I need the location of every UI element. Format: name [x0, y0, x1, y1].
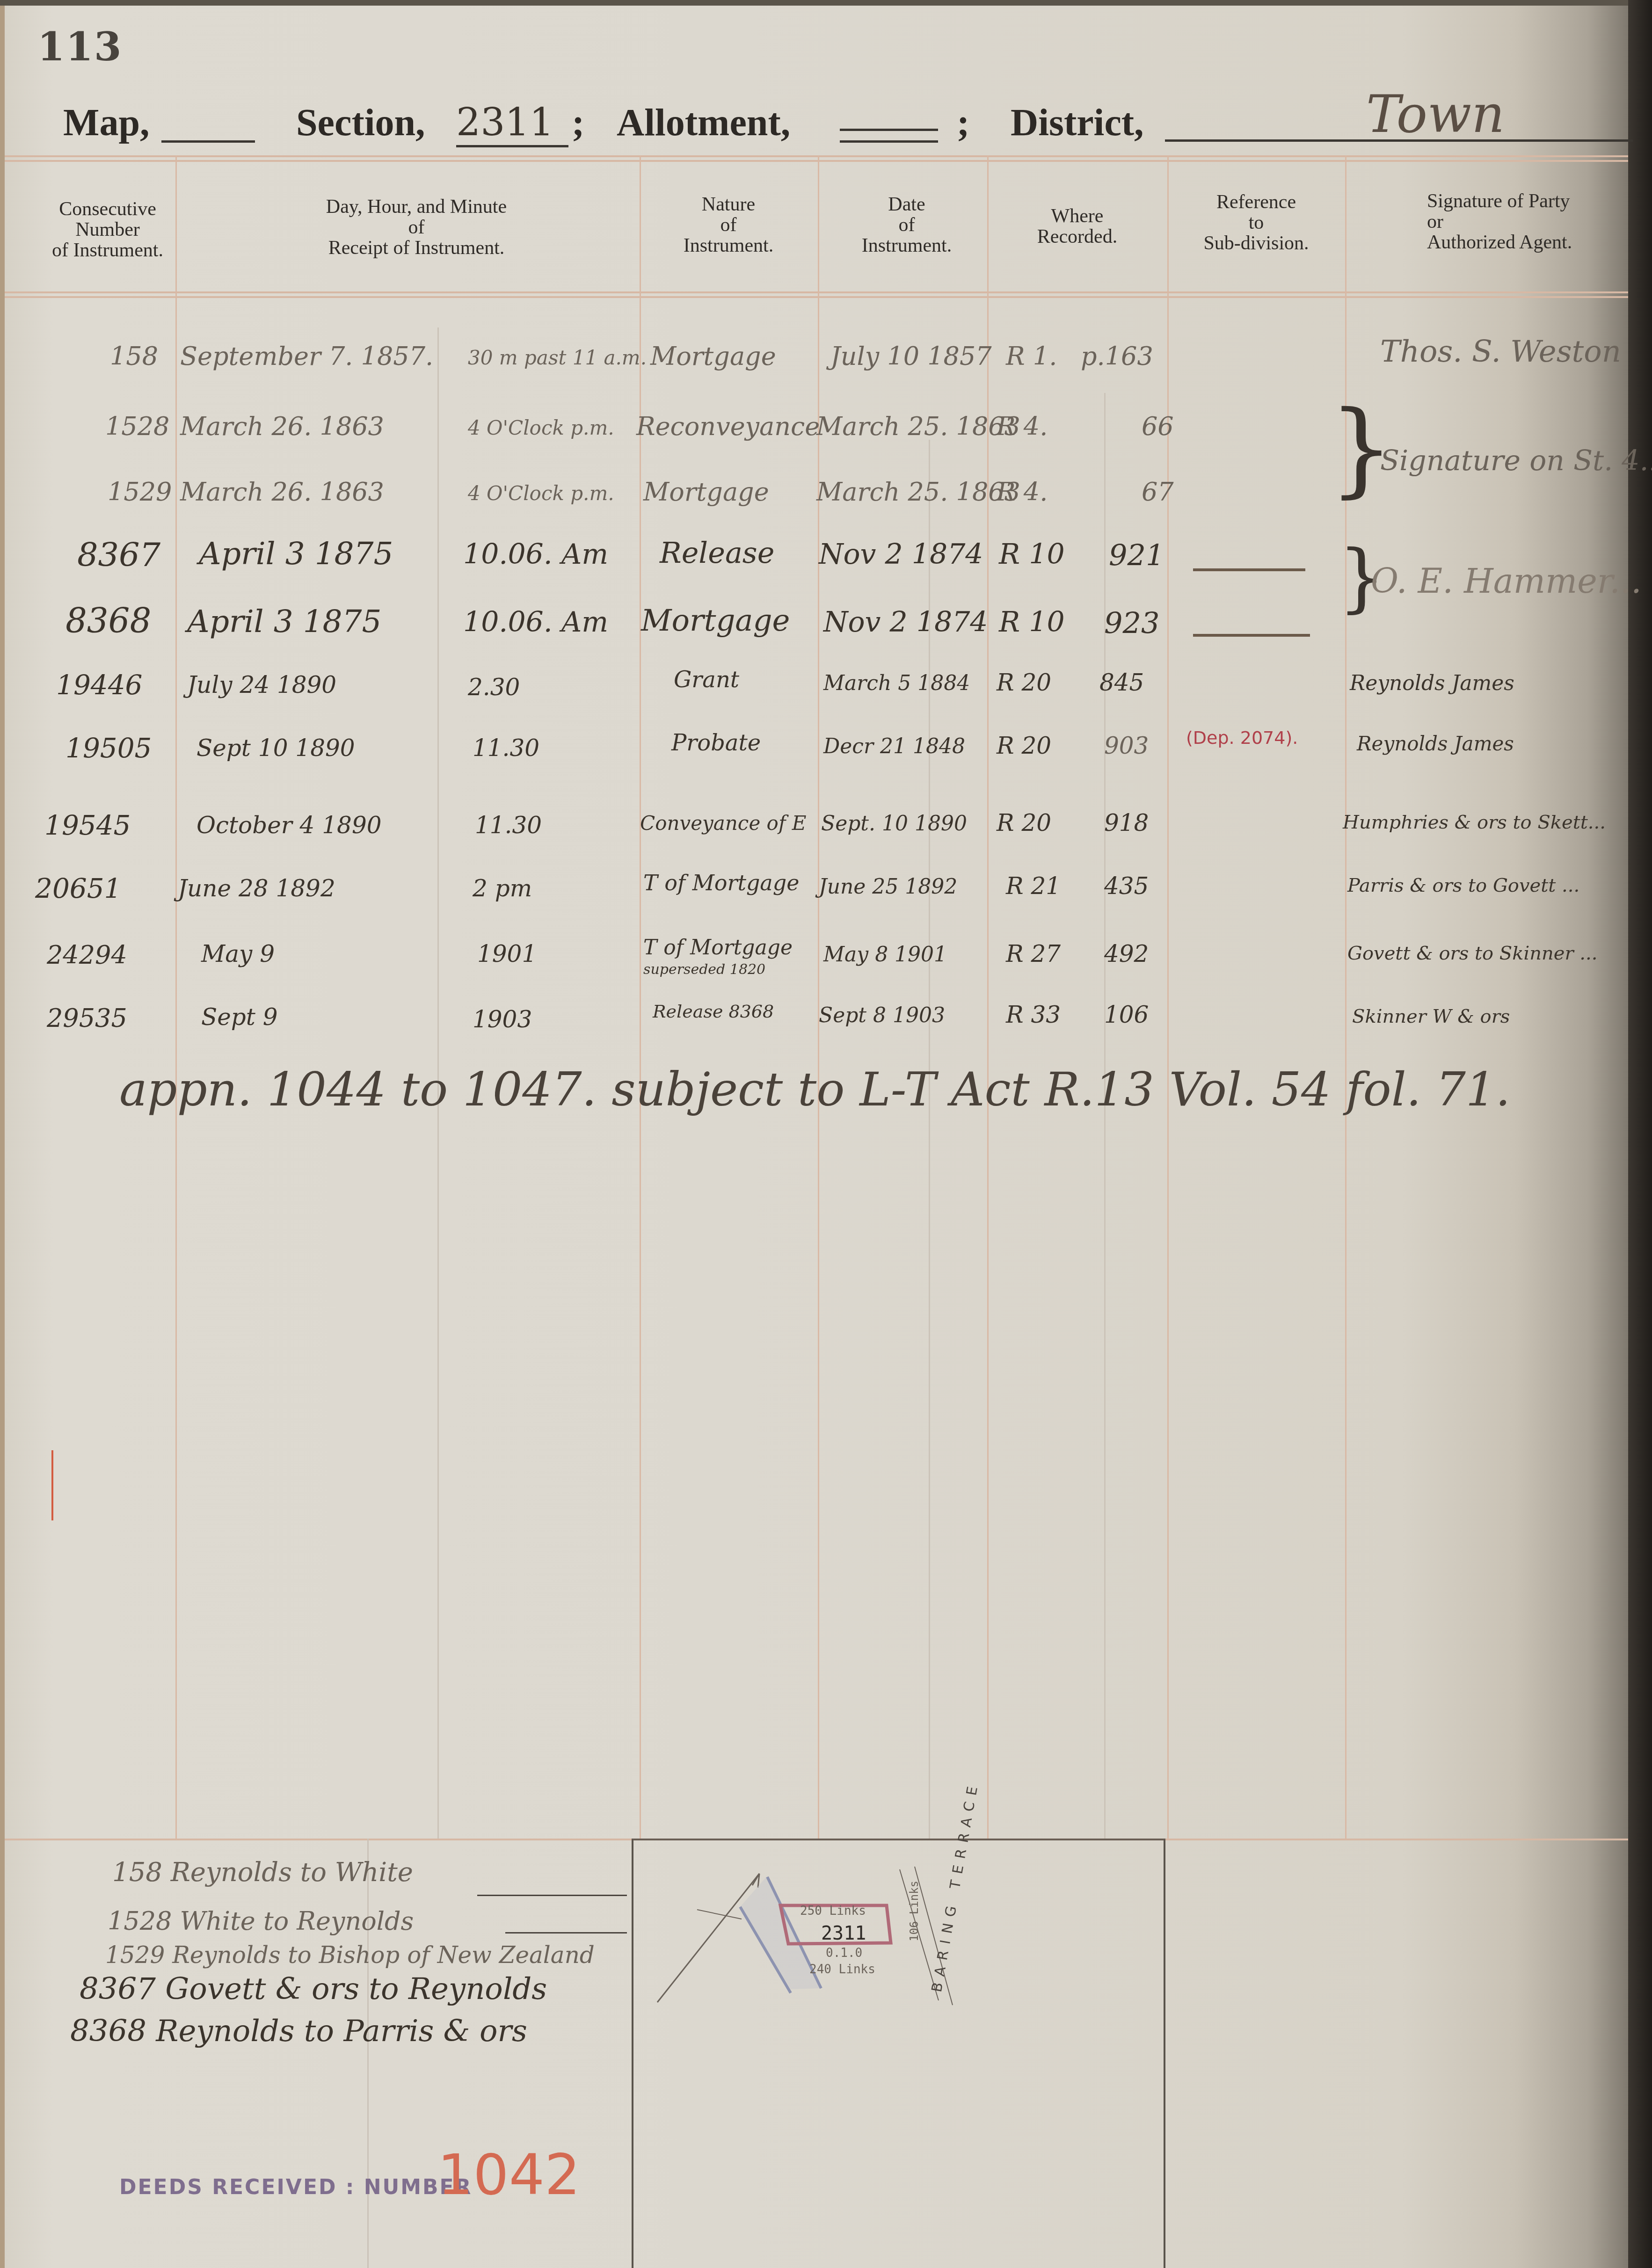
row-nature: T of Mortgage [643, 936, 793, 960]
row-register: R 21 [1006, 872, 1061, 900]
row-register: R 20 [997, 732, 1051, 759]
row-page: 923 [1104, 606, 1159, 640]
row-number: 24294 [47, 940, 127, 970]
memo-line: 158 Reynolds to White [112, 1857, 413, 1888]
row-receipt-time: 2 pm [473, 875, 532, 902]
allotment-field [840, 129, 938, 143]
row-instrument-date: July 10 1857 [830, 342, 992, 371]
header-signature: Signature of Party or Authorized Agent. [1427, 191, 1652, 253]
plot-right-side: 106 Links [908, 1881, 921, 1941]
sub-column-divider [929, 440, 930, 1839]
appropriation-note: appn. 1044 to 1047. subject to L-T Act R… [119, 1062, 1510, 1117]
row-number: 20651 [35, 872, 122, 904]
district-value: Town [1366, 84, 1505, 144]
row-receipt-date: March 26. 1863 [180, 412, 384, 441]
row-reference-red: (Dep. 2074). [1186, 727, 1298, 748]
row-instrument-date: March 25. 1863 [816, 412, 1020, 441]
row-page: 106 [1104, 1001, 1149, 1028]
row-receipt-date: April 3 1875 [187, 603, 382, 640]
row-register: R 33 [1006, 1001, 1061, 1028]
row-register: R 10 [999, 538, 1065, 571]
memo-line-rule [505, 1932, 627, 1934]
row-register: R 10 [999, 606, 1065, 639]
row-register: R 20 [997, 669, 1051, 696]
memo-line: 8368 Reynolds to Parris & ors [70, 2014, 527, 2049]
row-signature: Govett & ors to Skinner ... [1347, 943, 1597, 964]
deeds-received-number: 1042 [437, 2143, 580, 2208]
row-number: 1528 [105, 412, 169, 441]
row-receipt-time: 4 O'Clock p.m. [468, 416, 614, 439]
row-receipt-time: 4 O'Clock p.m. [468, 482, 614, 505]
plot-area: 0.1.0 [826, 1946, 862, 1960]
row-receipt-date: Sept 10 1890 [196, 734, 355, 762]
row-register: R 27 [1006, 940, 1061, 967]
row-receipt-date: April 3 1875 [199, 536, 393, 572]
section-semicolon: ; [572, 101, 584, 145]
row-number: 29535 [47, 1003, 127, 1033]
row-nature: Release [660, 536, 774, 570]
row-signature: Parris & ors to Govett ... [1347, 875, 1579, 896]
sub-column-divider [367, 1839, 369, 2268]
row-nature: Mortgage [650, 342, 776, 371]
row-instrument-date: Nov 2 1874 [819, 538, 983, 571]
row-signature: Reynolds James [1350, 671, 1514, 695]
row-receipt-date: March 26. 1863 [180, 477, 384, 507]
margin-mark [51, 1450, 53, 1520]
north-arrow-icon [657, 1874, 759, 2002]
memo-line: 1528 White to Reynolds [108, 1906, 414, 1936]
row-receipt-time: 1903 [473, 1006, 532, 1033]
row-number: 19446 [56, 669, 143, 701]
memo-line: 8367 Govett & ors to Reynolds [80, 1972, 547, 2006]
row-number: 19505 [65, 732, 152, 764]
row-register: R 20 [997, 809, 1051, 836]
row-receipt-time: 11.30 [473, 734, 539, 762]
header-rule-bottom [5, 291, 1628, 293]
row-signature: Signature on St. 4... [1380, 444, 1652, 477]
row-page: 67 [1142, 477, 1174, 507]
header-receipt-time: Day, Hour, and Minute of Receipt of Inst… [225, 196, 608, 258]
column-divider [987, 155, 989, 1839]
row-receipt-date: May 9 [201, 940, 275, 967]
row-receipt-date: September 7. 1857. [180, 342, 433, 371]
column-divider [640, 155, 641, 1839]
row-receipt-date: June 28 1892 [178, 875, 335, 902]
row-register: R 4. [997, 477, 1048, 507]
row-instrument-date: March 5 1884 [823, 671, 970, 695]
section-label: Section, [296, 101, 425, 145]
row-register: R 4. [997, 412, 1048, 441]
map-label: Map, [63, 101, 150, 145]
row-nature: Conveyance of E [640, 812, 806, 835]
header-rule-top-2 [5, 160, 1628, 162]
row-signature: Skinner W & ors [1352, 1006, 1510, 1027]
column-divider [818, 155, 819, 1839]
row-number: 1529 [108, 477, 172, 507]
row-receipt-date: October 4 1890 [196, 812, 382, 839]
row-page: 903 [1104, 732, 1149, 759]
book-spine-shadow [1628, 0, 1652, 2268]
memo-line: 1529 Reynolds to Bishop of New Zealand [105, 1941, 595, 1969]
row-receipt-time: 10.06. Am [463, 606, 608, 639]
district-label: District, [1011, 101, 1144, 145]
allotment-label: Allotment, [617, 101, 790, 145]
row-instrument-date: Sept 8 1903 [819, 1003, 945, 1027]
map-field [161, 140, 255, 143]
row-nature: Mortgage [641, 603, 790, 638]
row-receipt-date: July 24 1890 [187, 671, 336, 698]
row-signature: Humphries & ors to Skett... [1343, 812, 1606, 833]
row-instrument-date: Nov 2 1874 [823, 606, 988, 639]
header-consecutive-number: Consecutive Number of Instrument. [19, 199, 196, 261]
plot-top-side: 250 Links [800, 1904, 866, 1918]
row-instrument-date: March 25. 1863 [816, 477, 1020, 507]
row-reference-dash [1193, 568, 1305, 571]
header-nature: Nature of Instrument. [640, 194, 817, 256]
row-register: R 1. [1006, 342, 1057, 371]
row-page: 918 [1104, 809, 1149, 836]
row-number: 158 [110, 342, 158, 371]
row-nature-sub: superseded 1820 [643, 961, 765, 978]
allotment-semicolon: ; [957, 101, 969, 145]
memo-line-rule [477, 1895, 627, 1896]
row-page: 66 [1142, 412, 1174, 441]
row-number: 8368 [65, 601, 151, 640]
row-number: 19545 [44, 809, 131, 841]
row-receipt-time: 11.30 [475, 812, 542, 839]
row-receipt-date: Sept 9 [201, 1003, 278, 1031]
plot-section-number: 2311 [821, 1923, 866, 1944]
row-nature: Grant [674, 667, 739, 693]
row-receipt-time: 30 m past 11 a.m. [468, 346, 647, 369]
row-nature: Reconveyance [636, 412, 820, 441]
row-page: 845 [1099, 669, 1144, 696]
row-signature: Reynolds James [1357, 732, 1514, 755]
plot-bottom-side: 240 Links [809, 1963, 875, 1977]
row-page: p.163 [1081, 342, 1153, 371]
column-divider [1167, 155, 1169, 1839]
plan-sketch [632, 1839, 1165, 2268]
deeds-received-stamp: DEEDS RECEIVED : NUMBER [119, 2175, 473, 2199]
page-number: 113 [37, 23, 122, 70]
row-number: 8367 [77, 536, 160, 574]
header-where-recorded: Where Recorded. [987, 206, 1167, 247]
row-nature: Probate [671, 730, 761, 756]
row-nature: Release 8368 [653, 1001, 774, 1022]
row-receipt-time: 1901 [477, 940, 537, 967]
row-page: 492 [1104, 940, 1149, 967]
row-instrument-date: May 8 1901 [823, 943, 947, 967]
header-reference: Reference to Sub-division. [1167, 192, 1345, 254]
row-nature: Mortgage [643, 477, 769, 507]
row-nature: T of Mortgage [643, 870, 799, 895]
row-receipt-time: 10.06. Am [463, 538, 608, 571]
row-instrument-date: Decr 21 1848 [823, 734, 965, 758]
row-instrument-date: Sept. 10 1890 [821, 812, 967, 836]
row-receipt-time: 2.30 [468, 674, 520, 701]
row-reference-dash [1193, 634, 1310, 637]
header-date: Date of Instrument. [818, 194, 996, 256]
header-rule-top [5, 155, 1628, 157]
row-page: 435 [1104, 872, 1149, 900]
row-signature: Thos. S. Weston [1380, 334, 1621, 369]
row-signature: O. E. Hammer... [1371, 561, 1642, 601]
section-value: 2311 [456, 101, 568, 147]
column-divider [175, 155, 177, 1839]
row-instrument-date: June 25 1892 [819, 875, 957, 899]
header-rule-bottom-2 [5, 296, 1628, 298]
row-page: 921 [1109, 538, 1164, 572]
